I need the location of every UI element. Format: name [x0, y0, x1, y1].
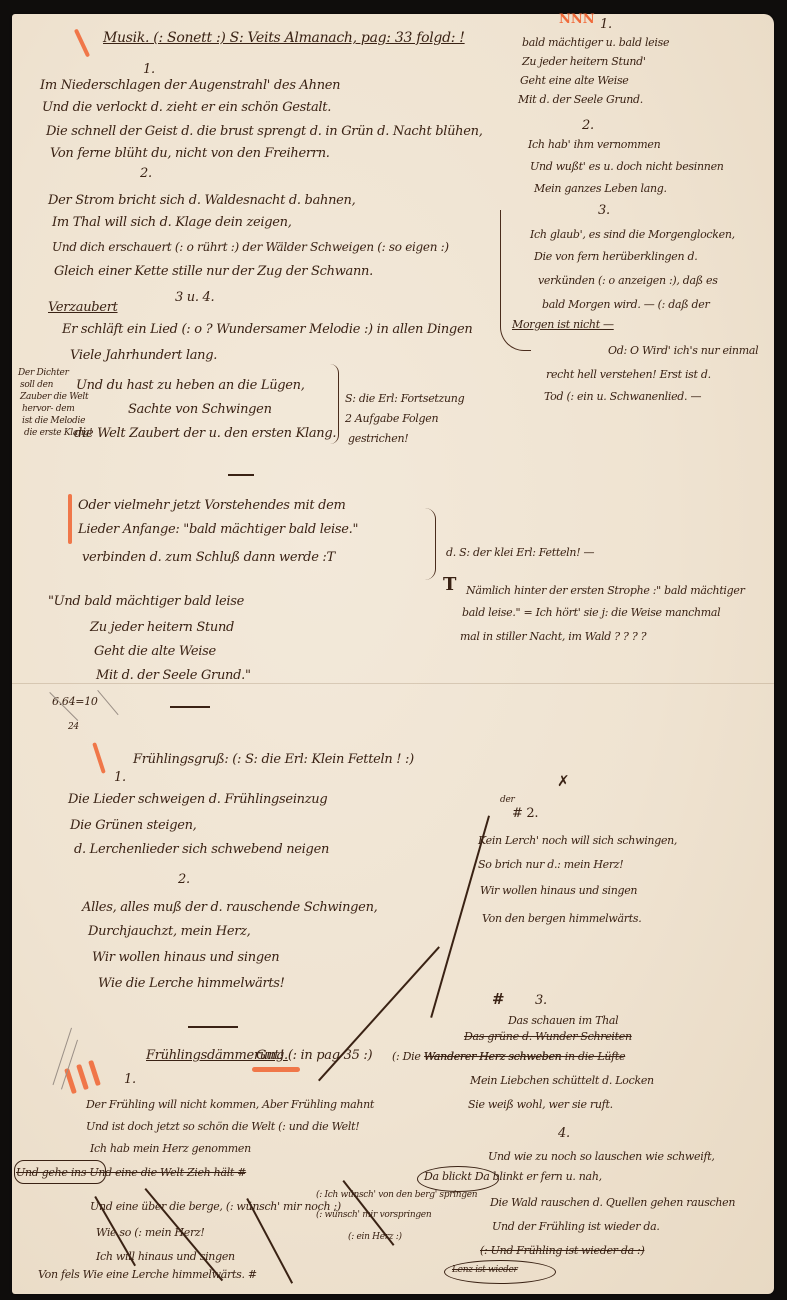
stanza-num: 1. — [600, 17, 612, 32]
t-mark: T — [443, 574, 456, 595]
right-note: bald leise." = Ich hört' sie j: die Weis… — [462, 606, 720, 619]
verse-line: Im Thal will sich d. Klage dein zeigen, — [52, 215, 292, 230]
struck-line: (: Und Frühling ist wieder da :) — [480, 1244, 644, 1257]
stanza-num: 4. — [558, 1126, 570, 1141]
verse-line: Und ist doch jetzt so schön die Welt (: … — [86, 1120, 359, 1133]
alt-note: Tod (: ein u. Schwanenlied. — — [544, 390, 701, 403]
divider — [188, 1026, 238, 1028]
verse-line: Wir wollen hinaus und singen — [480, 884, 637, 897]
right-note: Nämlich hinter der ersten Strophe :" bal… — [466, 584, 745, 597]
brace-note: S: die Erl: Fortsetzung — [345, 392, 464, 405]
divider — [170, 706, 210, 708]
verse-line: So brich nur d.: mein Herz! — [478, 858, 623, 871]
verse-line: Die Grünen steigen, — [70, 818, 197, 833]
calculation-sub: 24 — [68, 722, 79, 732]
verse-line: Und die verlockt d. zieht er ein schön G… — [42, 100, 331, 115]
verse-line: Durchjauchzt, mein Herz, — [88, 924, 251, 939]
verse-line: Und dich erschauert (: o rührt :) der Wä… — [52, 240, 449, 254]
stanza-num: 3. — [535, 993, 547, 1008]
verse-line: Der Frühling will nicht kommen, Aber Frü… — [86, 1098, 374, 1111]
verse-line: Zu jeder heitern Stund' — [522, 55, 646, 68]
verse-line: Geht eine alte Weise — [520, 74, 629, 87]
circled-phrase — [14, 1160, 106, 1184]
verse-line: Morgen ist nicht — — [512, 318, 614, 331]
instruction-line: Oder vielmehr jetzt Vorstehendes mit dem — [78, 498, 346, 513]
heading-musik: Musik. (: Sonett :) S: Veits Almanach, p… — [103, 30, 465, 46]
brace-note: gestrichen! — [348, 432, 408, 445]
verse-line: Und eine über die berge, (: wünsch' mir … — [90, 1200, 341, 1213]
struck-line: Das grüne d. Wunder Schreiten — [464, 1030, 632, 1043]
quoted-line: "Und bald mächtiger bald leise — [48, 594, 244, 609]
side-note: (: Ich wünsch' von den berg' springen — [316, 1190, 477, 1200]
verse-line: Von den bergen himmelwärts. — [482, 912, 641, 925]
margin-note: Zauber die Welt — [20, 392, 88, 402]
stanza-num: 2. — [178, 872, 190, 887]
verse-line: Der Strom bricht sich d. Waldesnacht d. … — [48, 193, 355, 208]
verse-line: Wir wollen hinaus und singen — [92, 950, 279, 965]
stanza-num: 1. — [124, 1072, 136, 1087]
verse-line: Ich hab mein Herz genommen — [90, 1142, 251, 1155]
verse-line: Kein Lerch' noch will sich schwingen, — [478, 834, 677, 847]
struck-line: Lenz ist wieder — [452, 1265, 517, 1275]
verse-line: Sachte von Schwingen — [128, 402, 272, 417]
quoted-line: Geht die alte Weise — [94, 644, 216, 659]
verse-line: Mein Liebchen schüttelt d. Locken — [470, 1074, 654, 1087]
verse-line: bald mächtiger u. bald leise — [522, 36, 669, 49]
page-fold — [12, 683, 774, 684]
verse-line: die Welt Zaubert der u. den ersten Klang… — [74, 426, 336, 441]
red-mark-middle — [68, 494, 72, 544]
paren-bracket — [425, 508, 436, 580]
margin-note: ist die Melodie — [22, 416, 85, 426]
verse-line: Und du hast zu heben an die Lügen, — [76, 378, 305, 393]
quoted-line: Zu jeder heitern Stund — [90, 620, 234, 635]
curly-brace — [330, 364, 339, 444]
verse-line: Die Lieder schweigen d. Frühlingseinzug — [68, 792, 327, 807]
verse-line: Von ferne blüht du, nicht von den Freihe… — [50, 146, 330, 161]
instruction-line: verbinden d. zum Schluß dann werde :T — [82, 550, 335, 565]
verse-line: Und wußt' es u. doch nicht besinnen — [530, 160, 724, 173]
verse-line: Ich hab' ihm vernommen — [528, 138, 660, 151]
verse-line: Er schläft ein Lied (: o ? Wundersamer M… — [62, 322, 472, 337]
verse-line: Mein ganzes Leben lang. — [534, 182, 667, 195]
alt-note: Od: O Wird' ich's nur einmal — [608, 344, 758, 357]
insert-note: (: Die Wanderer Herz schweben — [392, 1050, 561, 1063]
right-note: d. S: der klei Erl: Fetteln! — — [446, 546, 594, 559]
verse-line: bald Morgen wird. — (: daß der — [542, 298, 709, 311]
alt-note: recht hell verstehen! Erst ist d. — [546, 368, 711, 381]
margin-note: hervor- dem — [22, 404, 74, 414]
hash-mark: # — [492, 990, 505, 1008]
verse-line: Im Niederschlagen der Augenstrahl' des A… — [40, 78, 340, 93]
verse-line: Ich glaub', es sind die Morgenglocken, — [530, 228, 735, 241]
verse-line: Mit d. der Seele Grund. — [518, 93, 643, 106]
verse-line: Das schauen im Thal — [508, 1014, 618, 1027]
verse-line: Und wie zu noch so lauschen wie schweift… — [488, 1150, 715, 1163]
stanza-num: 2. — [582, 118, 594, 133]
stanza-num: 1. — [114, 770, 126, 785]
right-note: mal in stiller Nacht, im Wald ? ? ? ? — [460, 630, 646, 643]
heading-fruehlingsgruss: Frühlingsgruß: (: S: die Erl: Klein Fett… — [133, 752, 414, 767]
verse-line: Sie weiß wohl, wer sie ruft. — [468, 1098, 613, 1111]
verse-line: Da blickt Da blinkt er fern u. nah, — [424, 1170, 602, 1183]
stanza-num: # 2. — [512, 806, 538, 821]
quoted-line: Mit d. der Seele Grund." — [96, 668, 251, 683]
verse-line: Von fels Wie eine Lerche himmelwärts. # — [38, 1268, 257, 1281]
verdict: Gut! (: in pag 35 :) — [256, 1048, 372, 1063]
stanza-num: 2. — [140, 166, 152, 181]
margin-note: soll den — [20, 380, 53, 390]
stanza-num: 1. — [143, 62, 155, 77]
red-marker-nnn: NNN — [559, 12, 595, 27]
stanza-num: 3. — [598, 203, 610, 218]
brace-note: 2 Aufgabe Folgen — [345, 412, 438, 425]
verse-line: Verzaubert — [48, 300, 118, 315]
red-underline-gut — [252, 1067, 300, 1072]
verse-line: Viele Jahrhundert lang. — [70, 348, 217, 363]
divider — [228, 474, 254, 476]
insert-mark: der — [500, 795, 515, 805]
verse-line: verkünden (: o anzeigen :), daß es — [538, 274, 718, 287]
verse-line: Wie die Lerche himmelwärts! — [98, 976, 285, 991]
verse-line: Die schnell der Geist d. die brust spren… — [46, 124, 483, 139]
margin-note: Der Dichter — [18, 368, 69, 378]
side-note: (: ein Herz :) — [348, 1232, 402, 1242]
stanza-num: 3 u. 4. — [175, 290, 214, 305]
verse-line: Die von fern herüberklingen d. — [534, 250, 697, 263]
instruction-line: Lieder Anfange: "bald mächtiger bald lei… — [78, 522, 358, 537]
cross-mark: ✗ — [557, 772, 570, 790]
verse-line: Die Wald rauschen d. Quellen gehen rausc… — [490, 1196, 735, 1209]
verse-line: Ich will hinaus und singen — [96, 1250, 235, 1263]
verse-line: Alles, alles muß der d. rauschende Schwi… — [82, 900, 377, 915]
verse-line: Gleich einer Kette stille nur der Zug de… — [54, 264, 373, 279]
verse-line: d. Lerchenlieder sich schwebend neigen — [74, 842, 329, 857]
verse-line: Und der Frühling ist wieder da. — [492, 1220, 660, 1233]
